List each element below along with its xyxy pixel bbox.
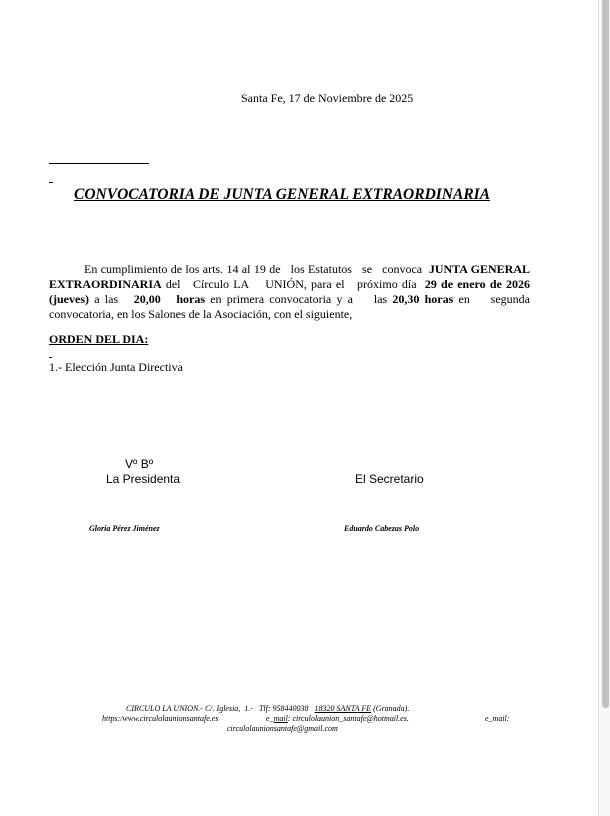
footer-website[interactable]: https:/www.circulolaunionsantafe.es [102, 714, 218, 723]
horizontal-rule [49, 163, 149, 164]
date-line: Santa Fe, 17 de Noviembre de 2025 [241, 91, 413, 106]
scrollbar-thumb[interactable] [602, 0, 609, 708]
visto-bueno-label: Vº Bº [125, 457, 153, 471]
body-paragraph: En cumplimiento de los arts. 14 al 19 de… [49, 262, 530, 322]
secretary-name: Eduardo Cabezas Polo [344, 524, 419, 533]
footer-email-1[interactable]: e_mail: circulolaunion_santafe@hotmail.e… [266, 714, 409, 723]
footer-email-2-label: e_mail: [485, 714, 509, 723]
underline-mark [49, 182, 53, 183]
secretary-role: El Secretario [355, 472, 424, 486]
document-title: CONVOCATORIA DE JUNTA GENERAL EXTRAORDIN… [74, 186, 490, 204]
footer-address: CIRCULO LA UNION.- C/. Iglesia, 1.- Tlf:… [126, 704, 409, 713]
footer-email-2[interactable]: circulolaunionsantafe@gmail.com [227, 724, 338, 733]
agenda-item: 1.- Elección Junta Directiva [49, 360, 183, 375]
body-line-3: (jueves) a las 20,00 horas en primera co… [49, 292, 530, 307]
underline-mark [49, 357, 52, 358]
body-line-2: EXTRAORDINARIA del Círculo LA UNIÓN, par… [49, 277, 530, 292]
president-role: La Presidenta [106, 472, 180, 486]
agenda-heading: ORDEN DEL DIA: [49, 332, 148, 347]
president-name: Gloria Pérez Jiménez [89, 524, 160, 533]
body-line-1: En cumplimiento de los arts. 14 al 19 de… [49, 262, 530, 277]
body-line-4: convocatoria, en los Salones de la Asoci… [49, 307, 530, 322]
document-page: Santa Fe, 17 de Noviembre de 2025 CONVOC… [0, 0, 598, 816]
